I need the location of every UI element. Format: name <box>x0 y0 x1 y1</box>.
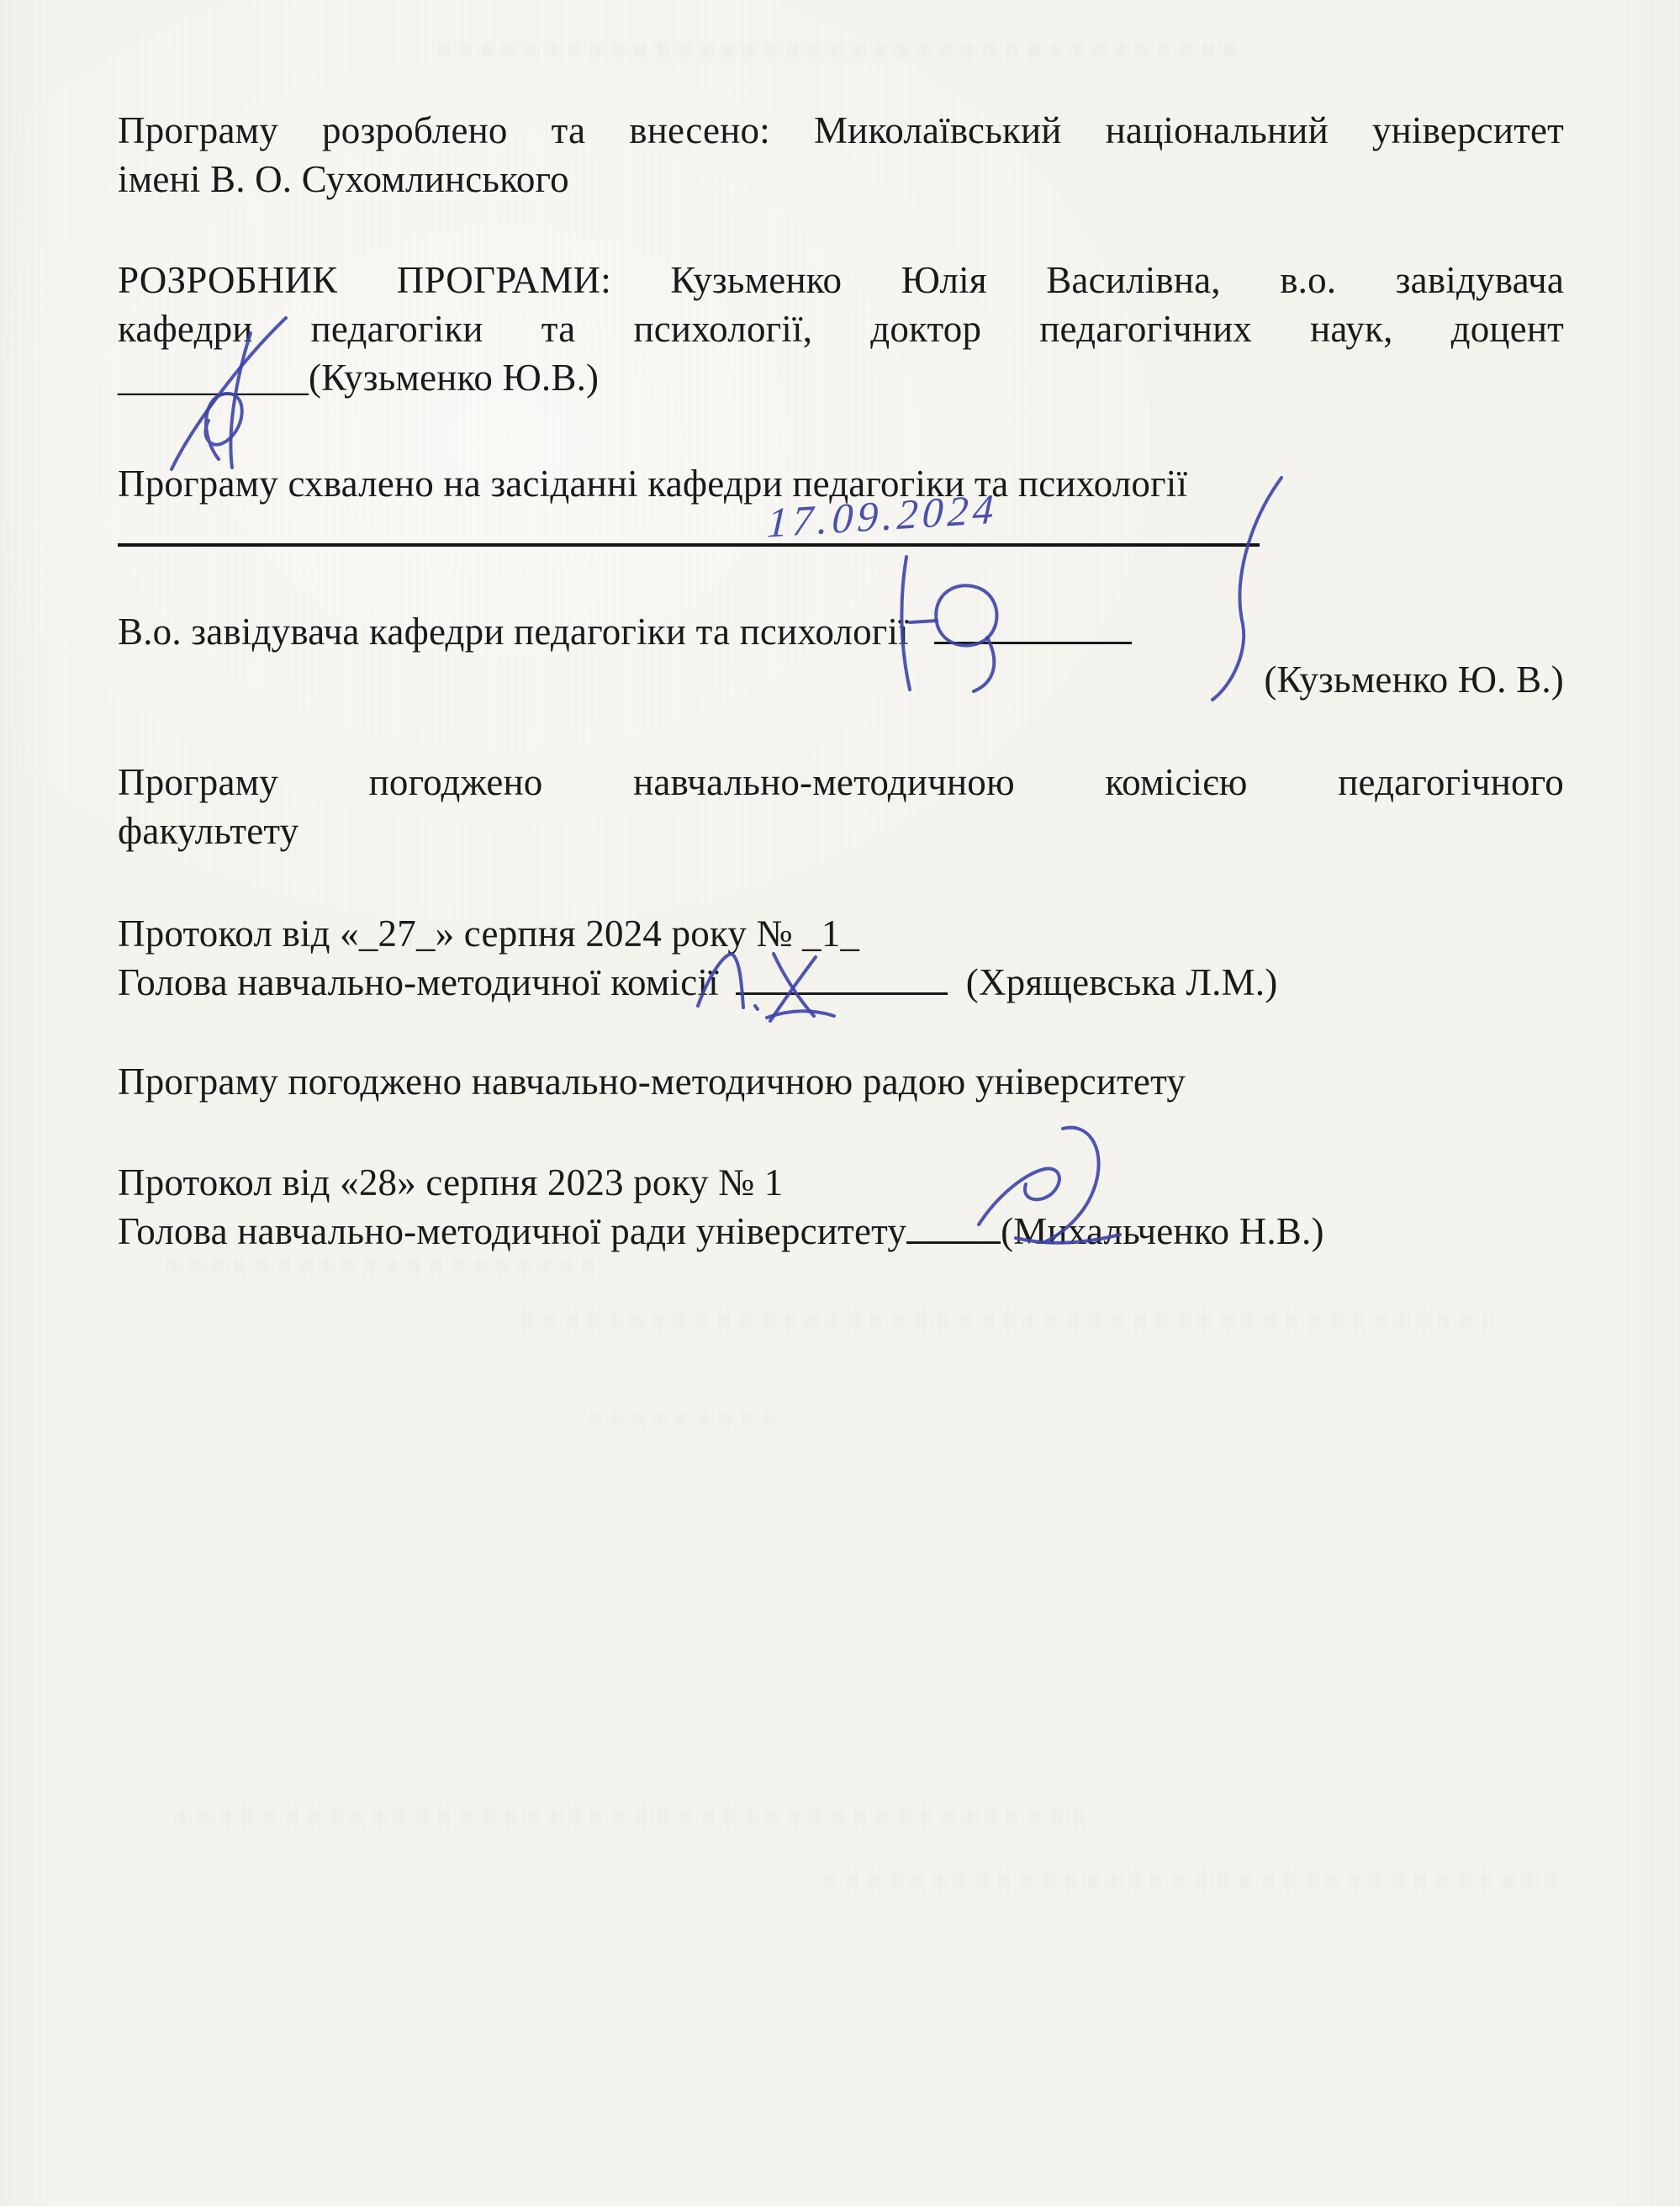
paragraph-agreed-council: Програму погоджено навчально-методичною … <box>118 1057 1564 1106</box>
commission-head-label: Голова навчально-методичної комісії <box>118 961 719 1003</box>
signature-rule <box>118 501 1260 547</box>
bleed-through-mark <box>521 1314 1488 1327</box>
paragraph-acting-head: В.о. завідувача кафедри педагогіки та пс… <box>118 607 1564 656</box>
council-head-label: Голова навчально-методичної ради універс… <box>118 1210 906 1252</box>
acting-head-name: (Кузьменко Ю. В.) <box>118 655 1564 704</box>
protocol-council-line: Протокол від «28» серпня 2023 року № 1 <box>118 1158 1564 1207</box>
developed-line-2: імені В. О. Сухомлинського <box>118 155 1564 204</box>
agreed-commission-line-2: факультету <box>118 807 1564 855</box>
signature-kuzmenko-acting-head <box>876 545 1028 695</box>
acting-head-label: В.о. завідувача кафедри педагогіки та пс… <box>118 611 909 653</box>
agreed-commission-line-1: Програму погоджено навчально-методичною … <box>118 758 1564 807</box>
bleed-through-mark <box>437 44 1244 57</box>
bleed-through-mark <box>177 1810 1085 1823</box>
developer-name: (Кузьменко Ю.В.) <box>309 357 599 399</box>
paragraph-developed-by: Програму розроблено та внесено: Миколаїв… <box>118 106 1564 204</box>
signature-mykhalchenko <box>964 1119 1128 1249</box>
developer-line-1: РОЗРОБНИК ПРОГРАМИ: Кузьменко Юлія Васил… <box>118 256 1564 304</box>
signature-khriashchevska <box>686 940 842 1024</box>
developed-line-1: Програму розроблено та внесено: Миколаїв… <box>118 106 1564 155</box>
paragraph-protocol-council: Протокол від «28» серпня 2023 року № 1 Г… <box>118 1158 1564 1256</box>
paragraph-acting-head-name: (Кузьменко Ю. В.) <box>118 655 1564 704</box>
signature-kuzmenko-developer <box>160 309 349 473</box>
bleed-through-mark <box>589 1413 774 1425</box>
commission-head-name: (Хрящевська Л.М.) <box>966 961 1278 1003</box>
agreed-council-text: Програму погоджено навчально-методичною … <box>118 1057 1564 1106</box>
paragraph-agreed-commission: Програму погоджено навчально-методичною … <box>118 758 1564 855</box>
bleed-through-mark <box>168 1260 605 1272</box>
bleed-through-mark <box>824 1874 1564 1887</box>
scanned-document-page: Програму розроблено та внесено: Миколаїв… <box>0 0 1680 2206</box>
